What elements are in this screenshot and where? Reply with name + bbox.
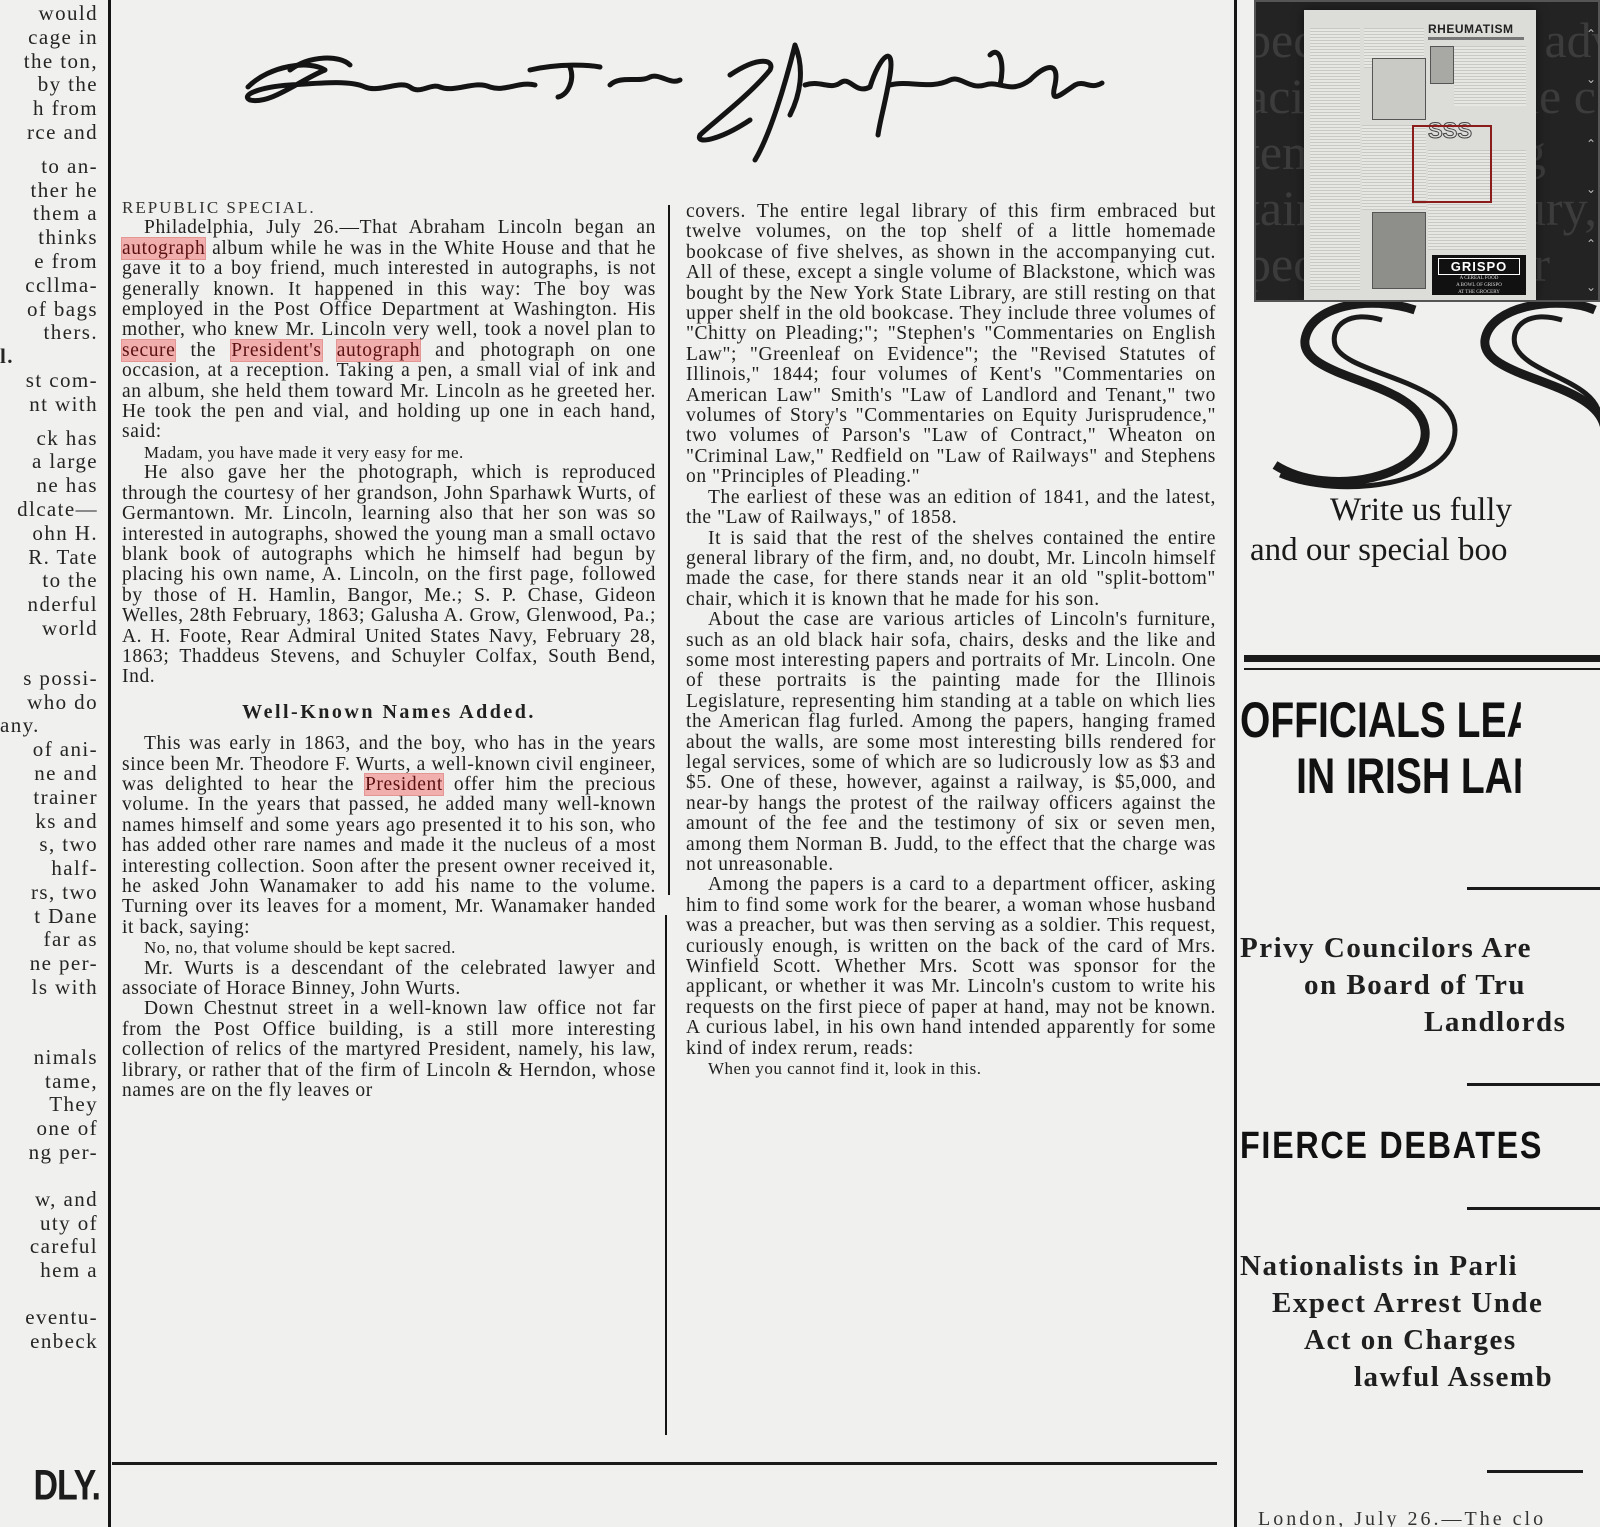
headline-fierce-debates: FIERCE DEBATES T [1240,1124,1546,1168]
page-thumbnail[interactable]: RHEUMATISM SSS GRISPO A CEREAL FOOD A BO… [1304,10,1536,300]
text-line: s, two [0,833,98,857]
text-line: s possi- [0,667,98,691]
chevron-down-icon[interactable]: ⌄ [1586,280,1596,294]
text-line: ne per- [0,952,98,976]
text-line: ccllma- [0,274,98,298]
text-line: ohn H. [0,522,98,546]
text-line: w, and [0,1188,98,1212]
text-line: trainer [0,786,98,810]
text-line: far as [0,928,98,952]
text-line: by the [0,73,98,97]
divider [1467,1207,1600,1210]
left-column-headline-fragment: DLY. [0,1462,100,1511]
text-line: uty of [0,1212,98,1236]
text-line: ls with [0,976,98,1000]
text-line: R. Tate [0,546,98,570]
text-line: rs, two [0,881,98,905]
text-line: nimals [0,1046,98,1070]
text-line: e from [0,250,98,274]
quote-index-label: When you cannot find it, look in this. [686,1059,1216,1079]
text-line: thers. [0,321,98,345]
ad-rule-thin [1244,668,1600,670]
newspaper-page: would cage in the ton, by the h from rce… [0,0,1600,1527]
divider [1467,1083,1600,1086]
text-line: nderful [0,593,98,617]
divider [1467,887,1600,890]
text-line: who do [0,691,98,715]
text-line: rce and [0,121,98,145]
paragraph-8: It is said that the rest of the shelves … [686,529,1216,611]
text-line: enbeck [0,1330,98,1354]
search-highlight[interactable]: autograph [337,340,420,361]
quote-wanamaker: No, no, that volume should be kept sacre… [122,938,656,958]
text-line: tame, [0,1070,98,1094]
page-navigator-minimap[interactable]: because of the adve acid poison, the c t… [1254,0,1600,302]
text-line: h from [0,97,98,121]
text-line: a large [0,450,98,474]
text-line: nt with [0,393,98,417]
article-column-2: covers. The entire legal library of this… [686,202,1216,1079]
text-line: ks and [0,810,98,834]
text-line: ther he [0,179,98,203]
paragraph-5: Down Chestnut street in a well-known law… [122,999,656,1101]
text-line: hem a [0,1259,98,1283]
article-bottom-rule [112,1462,1217,1465]
quote-lincoln: Madam, you have made it very easy for me… [122,443,656,463]
article-start-fragment: London, July 26.—The clo [1258,1508,1546,1527]
thumb-portrait-image [1372,212,1426,289]
text-line: cage in [0,26,98,50]
column-rule-middle [668,205,670,895]
ad-copy: Write us fully and our special boo [1250,490,1600,570]
text-line: of bags [0,298,98,322]
text-line: of ani- [0,738,98,762]
ad-ss-letters [1250,300,1600,490]
paragraph-3: This was early in 1863, and the boy, who… [122,734,656,938]
text-line: careful [0,1235,98,1259]
chevron-up-icon[interactable]: ⌃ [1586,237,1596,251]
text-line: thinks [0,226,98,250]
minimap-viewport-indicator[interactable] [1412,125,1492,203]
text-line: would [0,2,98,26]
ad-rule-thick [1244,655,1600,662]
paragraph-9: About the case are various articles of L… [686,610,1216,875]
thumb-signature-image [1372,58,1426,120]
text-line: st com- [0,369,98,393]
text-line: one of [0,1117,98,1141]
paragraph-1: Philadelphia, July 26.—That Abraham Linc… [122,218,656,442]
search-highlight[interactable]: President [365,774,443,795]
text-line: They [0,1093,98,1117]
paragraph-7: The earliest of these was an edition of … [686,488,1216,529]
text-line: to an- [0,155,98,179]
signatures-image [230,25,1130,175]
text-line: them a [0,202,98,226]
search-highlight[interactable]: President's [231,340,321,361]
thumb-grispo-ad: GRISPO A CEREAL FOOD A BOWL OF GRISPO AT… [1432,255,1526,295]
text-line: to the [0,569,98,593]
column-rule-right [1234,0,1237,1527]
chevron-up-icon[interactable]: ⌃ [1586,137,1596,151]
paragraph-10: Among the papers is a card to a departme… [686,875,1216,1059]
text-line: eventu- [0,1306,98,1330]
text-line: dlcate— [0,498,98,522]
text-line: ng per- [0,1141,98,1165]
text-line: ck has [0,427,98,451]
column-rule-left [108,0,111,1527]
chevron-up-icon[interactable]: ⌃ [1586,27,1596,41]
thumb-headline: RHEUMATISM [1428,22,1513,36]
subheading: Well-Known Names Added. [122,702,656,722]
text-line: l. [0,345,98,369]
text-line: any. [0,714,98,738]
chevron-down-icon[interactable]: ⌄ [1586,72,1596,86]
deck-privy-councilors: Privy Councilors Are on Board of Tru Lan… [1240,930,1600,1041]
text-line: ne and [0,762,98,786]
text-line: half- [0,857,98,881]
left-adjacent-column: would cage in the ton, by the h from rce… [0,2,98,1354]
text-line: the ton, [0,50,98,74]
text-line: world [0,617,98,641]
paragraph-6: covers. The entire legal library of this… [686,202,1216,488]
search-highlight[interactable]: autograph [122,238,205,259]
column-rule-middle-lower [665,915,667,1435]
paragraph-2: He also gave her the photograph, which i… [122,463,656,687]
dateline-label: REPUBLIC SPECIAL. [122,198,656,218]
headline-officials: OFFICIALS LEAD IN IRISH LAN [1240,692,1521,804]
search-highlight[interactable]: secure [122,340,175,361]
paragraph-4: Mr. Wurts is a descendant of the celebra… [122,959,656,1000]
article-column-1: REPUBLIC SPECIAL. Philadelphia, July 26.… [122,198,656,1101]
chevron-down-icon[interactable]: ⌄ [1586,182,1596,196]
text-line: t Dane [0,905,98,929]
deck-nationalists: Nationalists in Parli Expect Arrest Unde… [1240,1248,1600,1396]
text-line: ne has [0,474,98,498]
divider [1487,1470,1583,1473]
